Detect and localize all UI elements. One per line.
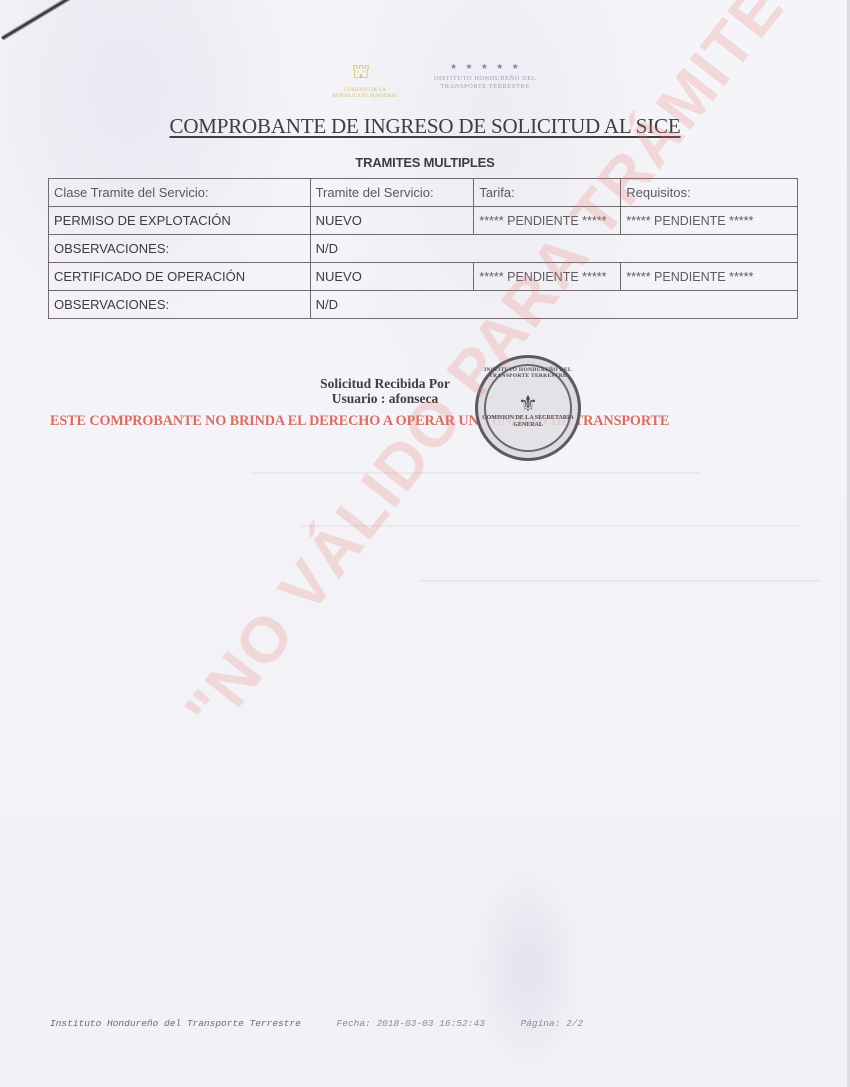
tramites-table: Clase Tramite del Servicio: Tramite del … [48, 178, 798, 319]
header-clase: Clase Tramite del Servicio: [49, 179, 311, 207]
cell-requisitos: ***** PENDIENTE ***** [621, 263, 798, 291]
cell-clase: CERTIFICADO DE OPERACIÓN [49, 263, 311, 291]
cell-observaciones-label: OBSERVACIONES: [49, 235, 311, 263]
footer-institution: Instituto Hondureño del Transporte Terre… [50, 1018, 301, 1029]
cell-tramite: NUEVO [310, 263, 474, 291]
received-by-label: Solicitud Recibida Por [0, 376, 770, 391]
table-header-row: Clase Tramite del Servicio: Tramite del … [49, 179, 798, 207]
cell-observaciones-label: OBSERVACIONES: [49, 291, 311, 319]
emblem-caption: GOBIERNO DE LA REPUBLICA DE HONDURAS [330, 88, 400, 100]
table-row-observaciones: OBSERVACIONES: N/D [49, 291, 798, 319]
header-tramite: Tramite del Servicio: [310, 179, 474, 207]
table-row-observaciones: OBSERVACIONES: N/D [49, 235, 798, 263]
government-emblem-icon: ⛫ [350, 60, 372, 84]
cell-clase: PERMISO DE EXPLOTACIÓN [49, 207, 311, 235]
bleed-through-line [250, 472, 700, 474]
table-row: CERTIFICADO DE OPERACIÓN NUEVO ***** PEN… [49, 263, 798, 291]
table-row: PERMISO DE EXPLOTACIÓN NUEVO ***** PENDI… [49, 207, 798, 235]
page-footer: Instituto Hondureño del Transporte Terre… [50, 1018, 613, 1029]
document-title: COMPROBANTE DE INGRESO DE SOLICITUD AL S… [0, 114, 850, 139]
stars-icon: ★ ★ ★ ★ ★ [450, 62, 522, 71]
cell-requisitos: ***** PENDIENTE ***** [621, 207, 798, 235]
letterhead: ⛫ GOBIERNO DE LA REPUBLICA DE HONDURAS ★… [330, 58, 570, 103]
bleed-through-line [420, 580, 820, 582]
institute-name: INSTITUTO HONDUREÑO DEL TRANSPORTE TERRE… [410, 75, 560, 91]
document-subtitle: TRAMITES MULTIPLES [0, 155, 850, 170]
received-by-user: Usuario : afonseca [0, 391, 770, 406]
footer-date: Fecha: 2018-03-03 16:52:43 [337, 1018, 485, 1029]
seal-center-text: COMISION DE LA SECRETARIA GENERAL [478, 415, 578, 429]
cell-tramite: NUEVO [310, 207, 474, 235]
bleed-through-line [300, 525, 800, 527]
coat-of-arms-icon: ⚜ [518, 393, 538, 415]
received-by: Solicitud Recibida Por Usuario : afonsec… [0, 376, 770, 406]
footer-page-number: Página: 2/2 [520, 1018, 583, 1029]
